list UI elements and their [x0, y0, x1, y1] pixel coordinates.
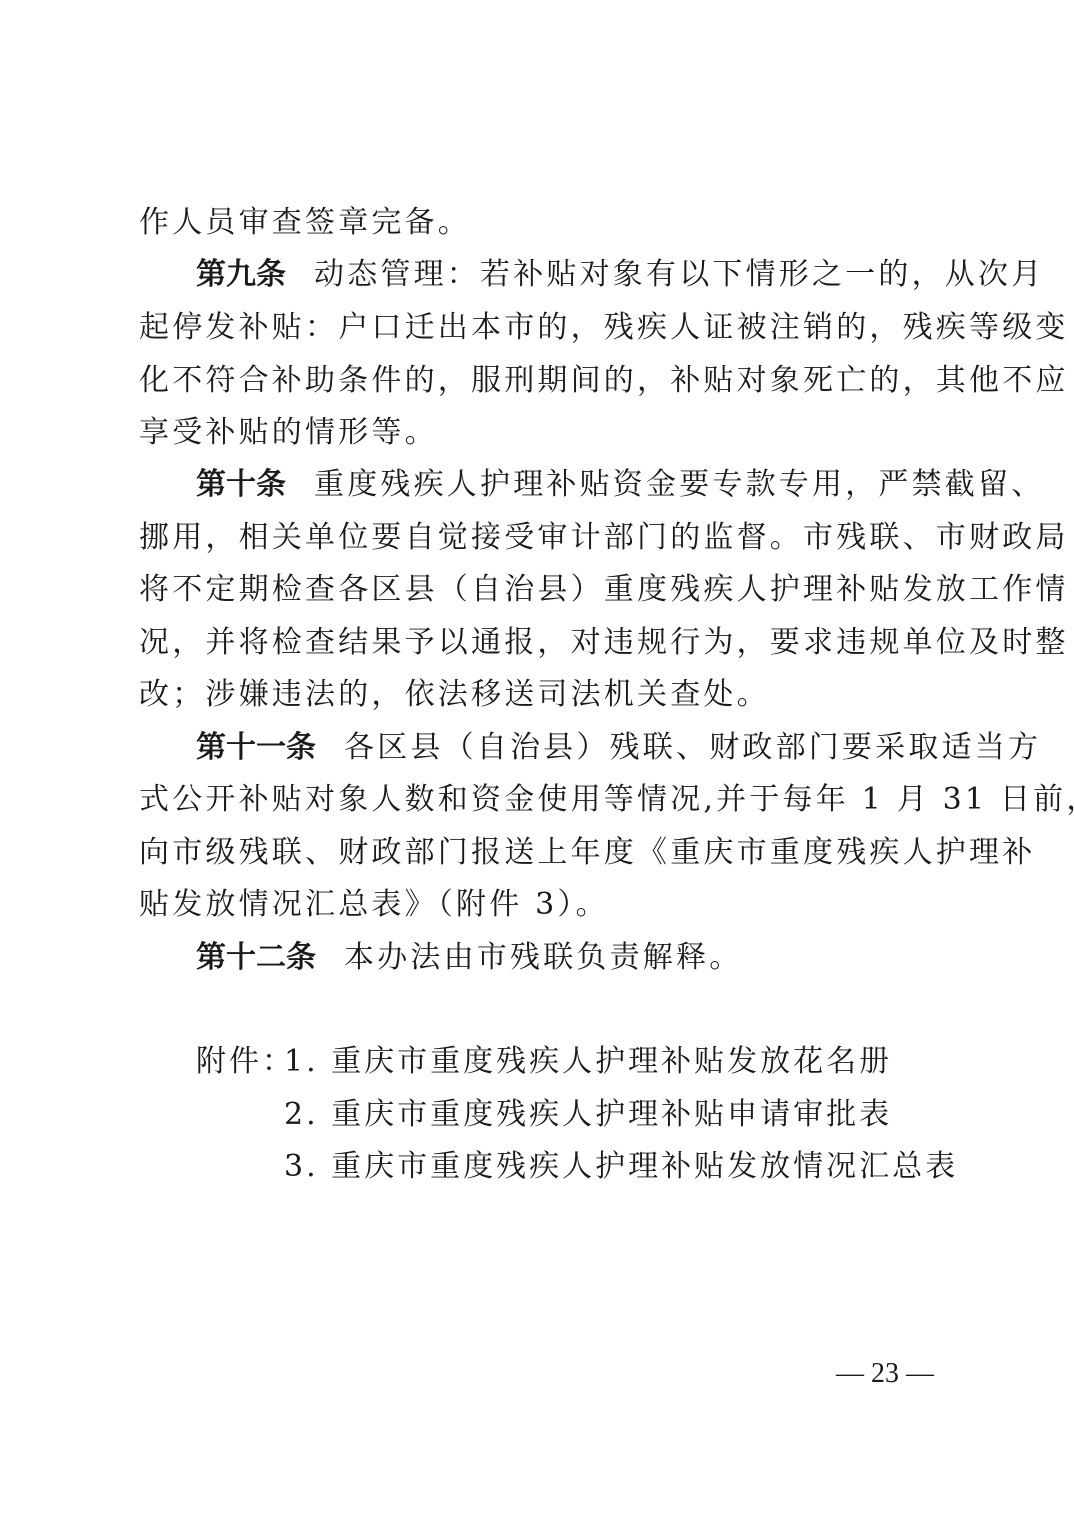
- attachment-item-1: 1. 重庆市重度残疾人护理补贴发放花名册: [284, 1044, 892, 1080]
- article-11-line-3: 向市级残联、财政部门报送上年度《重庆市重度残疾人护理补: [139, 835, 939, 871]
- article-9-title: 第九条: [196, 257, 286, 292]
- article-10-line-2: 挪用，相关单位要自觉接受审计部门的监督。市残联、市财政局: [139, 520, 939, 556]
- attachment-item-2: 2. 重庆市重度残疾人护理补贴申请审批表: [284, 1097, 892, 1133]
- page-number: — 23 —: [836, 1356, 934, 1392]
- attachments-label: 附件：: [196, 1044, 295, 1080]
- article-10-title: 第十条: [196, 467, 286, 502]
- article-11-line-2: 式公开补贴对象人数和资金使用等情况,并于每年 1 月 31 日前，: [139, 782, 939, 818]
- article-9-line-1: 第九条动态管理：若补贴对象有以下情形之一的，从次月: [196, 257, 996, 293]
- article-10-line-3: 将不定期检查各区县（自治县）重度残疾人护理补贴发放工作情: [139, 572, 939, 608]
- document-page: 作人员审查签章完备。 第九条动态管理：若补贴对象有以下情形之一的，从次月 起停发…: [0, 0, 1074, 1520]
- article-10-text-1: 重度残疾人护理补贴资金要专款专用，严禁截留、: [314, 467, 1044, 502]
- article-9-line-2: 起停发补贴：户口迁出本市的，残疾人证被注销的，残疾等级变: [139, 310, 939, 346]
- article-11-title: 第十一条: [196, 730, 316, 765]
- article-9-text-1: 动态管理：若补贴对象有以下情形之一的，从次月: [314, 257, 1044, 292]
- article-10-line-5: 改；涉嫌违法的，依法移送司法机关查处。: [139, 677, 939, 713]
- article-11-text-1: 各区县（自治县）残联、财政部门要采取适当方: [344, 730, 1041, 765]
- article-12-text-1: 本办法由市残联负责解释。: [344, 940, 742, 975]
- article-12-line-1: 第十二条本办法由市残联负责解释。: [196, 940, 996, 976]
- continuation-line: 作人员审查签章完备。: [139, 205, 939, 241]
- attachment-item-3: 3. 重庆市重度残疾人护理补贴发放情况汇总表: [284, 1149, 958, 1185]
- article-11-line-1: 第十一条各区县（自治县）残联、财政部门要采取适当方: [196, 730, 996, 766]
- article-10-line-4: 况，并将检查结果予以通报，对违规行为，要求违规单位及时整: [139, 625, 939, 661]
- article-11-line-4: 贴发放情况汇总表》（附件 3）。: [139, 887, 939, 923]
- article-9-line-3: 化不符合补助条件的，服刑期间的，补贴对象死亡的，其他不应: [139, 363, 939, 399]
- article-12-title: 第十二条: [196, 940, 316, 975]
- article-9-line-4: 享受补贴的情形等。: [139, 415, 939, 451]
- article-10-line-1: 第十条重度残疾人护理补贴资金要专款专用，严禁截留、: [196, 467, 996, 503]
